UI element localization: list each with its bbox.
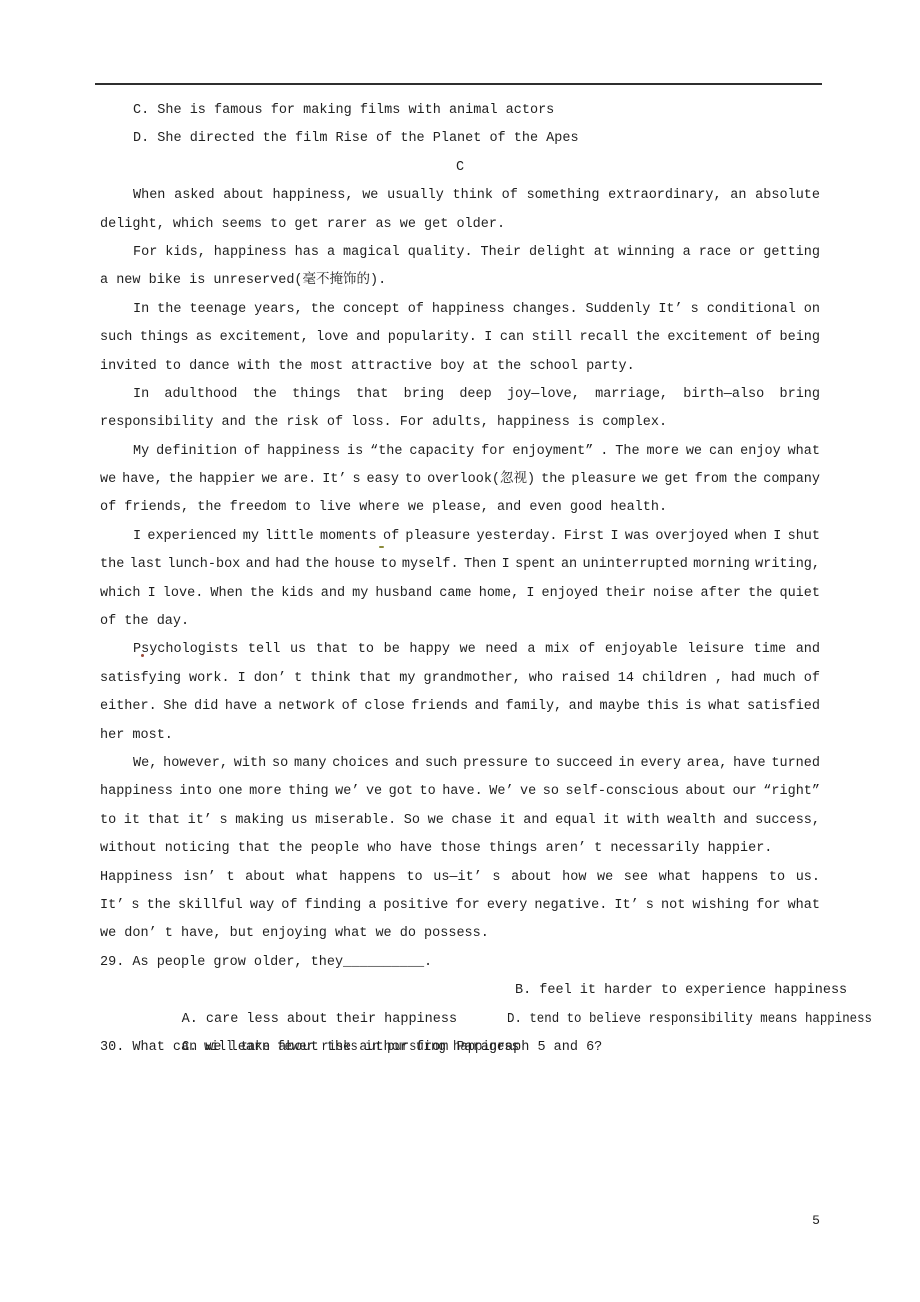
line-text: happiness into one more thing we’ ve got…: [100, 778, 820, 806]
line-text: In the teenage years, the concept of hap…: [133, 296, 820, 324]
line-text: In adulthood the things that bring deep …: [133, 381, 820, 409]
passage-line: satisfying work. I don’ t think that my …: [100, 665, 820, 693]
question-30-stem: 30. What can we learn about the author f…: [100, 1034, 820, 1062]
passage-line: In adulthood the things that bring deep …: [100, 381, 820, 409]
line-text: D. tend to believe responsibility means …: [507, 1006, 872, 1034]
line-text: I experienced my little moments of pleas…: [133, 523, 820, 551]
passage-line: either. She did have a network of close …: [100, 693, 820, 721]
passage-line: happiness into one more thing we’ ve got…: [100, 778, 820, 806]
line-text: to it that it’ s making us miserable. So…: [100, 807, 820, 835]
prev-option-d: D. She directed the film Rise of the Pla…: [100, 125, 820, 153]
passage-line: without noticing that the people who hav…: [100, 835, 820, 863]
question-29-stem: 29. As people grow older, they__________…: [100, 949, 820, 977]
question-29-option-b: B. feel it harder to experience happines…: [515, 977, 847, 1005]
line-text: We, however, with so many choices and su…: [133, 750, 820, 778]
prev-option-c: C. She is famous for making films with a…: [100, 97, 820, 125]
line-text: such things as excitement, love and popu…: [100, 324, 820, 352]
passage-line: delight, which seems to get rarer as we …: [100, 211, 820, 239]
spellcheck-mark-icon: [379, 546, 384, 548]
line-text: For kids, happiness has a magical qualit…: [133, 239, 820, 267]
question-29-options-row-cd: C. will take fewer risks in pursuing hap…: [100, 1006, 820, 1034]
passage-line: we don’ t have, but enjoying what we do …: [100, 920, 820, 948]
passage-line: My definition of happiness is “the capac…: [100, 438, 820, 466]
line-text: Happiness isn’ t about what happens to u…: [100, 864, 820, 892]
line-text: we have, the happier we are. It’ s easy …: [100, 466, 820, 494]
question-29-option-d: D. tend to believe responsibility means …: [507, 1006, 904, 1034]
passage-line: to it that it’ s making us miserable. So…: [100, 807, 820, 835]
page-number: 5: [804, 1213, 828, 1228]
header-rule: [95, 83, 822, 85]
question-29-options-row-ab: A. care less about their happiness B. fe…: [100, 977, 820, 1005]
passage-line: Happiness isn’ t about what happens to u…: [100, 864, 820, 892]
spellcheck-dot-icon: [141, 654, 144, 657]
line-text: which I love. When the kids and my husba…: [100, 580, 820, 608]
passage-line: For kids, happiness has a magical qualit…: [100, 239, 820, 267]
passage-line: When asked about happiness, we usually t…: [100, 182, 820, 210]
passage-line: of the day.: [100, 608, 820, 636]
line-text: the last lunch-box and had the house to …: [100, 551, 820, 579]
line-text: either. She did have a network of close …: [100, 693, 820, 721]
passage-line: of friends, the freedom to live where we…: [100, 494, 820, 522]
passage-line: a new bike is unreserved(毫不掩饰的).: [100, 267, 820, 295]
section-heading: C: [100, 154, 820, 182]
passage-line: responsibility and the risk of loss. For…: [100, 409, 820, 437]
passage-content: C. She is famous for making films with a…: [100, 97, 820, 1062]
document-page: C. She is famous for making films with a…: [0, 0, 920, 1302]
passage-line: such things as excitement, love and popu…: [100, 324, 820, 352]
line-text: satisfying work. I don’ t think that my …: [100, 665, 820, 693]
line-text: Psychologists tell us that to be happy w…: [133, 636, 820, 664]
line-text: When asked about happiness, we usually t…: [133, 182, 820, 210]
passage-line: we have, the happier we are. It’ s easy …: [100, 466, 820, 494]
passage-line: the last lunch-box and had the house to …: [100, 551, 820, 579]
passage-line: In the teenage years, the concept of hap…: [100, 296, 820, 324]
passage-line: invited to dance with the most attractiv…: [100, 353, 820, 381]
passage-line: We, however, with so many choices and su…: [100, 750, 820, 778]
passage-line: It’ s the skillful way of finding a posi…: [100, 892, 820, 920]
passage-line: her most.: [100, 722, 820, 750]
passage-line: which I love. When the kids and my husba…: [100, 580, 820, 608]
passage-line: Psychologists tell us that to be happy w…: [100, 636, 820, 664]
line-text: My definition of happiness is “the capac…: [133, 438, 820, 466]
passage-line: I experienced my little moments of pleas…: [100, 523, 820, 551]
line-text: It’ s the skillful way of finding a posi…: [100, 892, 820, 920]
